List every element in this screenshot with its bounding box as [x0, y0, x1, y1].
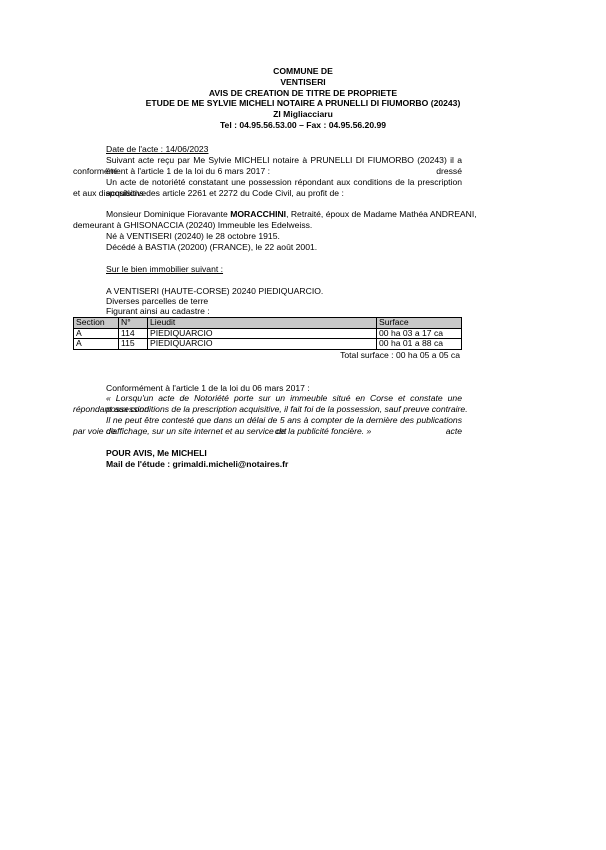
signature-email: Mail de l'étude : grimaldi.micheli@notai… [73, 459, 462, 470]
beneficiaire-surname: MORACCHINI [230, 209, 286, 219]
cadastre-table-header: Section N° Lieudit Surface [74, 318, 462, 329]
beneficiaire-death: Décédé à BASTIA (20200) (FRANCE), le 22 … [73, 242, 462, 253]
col-surface: Surface [377, 318, 462, 329]
col-numero: N° [119, 318, 148, 329]
header-commune-label: COMMUNE DE [0, 66, 606, 77]
header-etude: ETUDE DE ME SYLVIE MICHELI NOTAIRE A PRU… [0, 98, 606, 109]
bien-location: A VENTISERI (HAUTE-CORSE) 20240 PIEDIQUA… [73, 286, 462, 297]
acte-paragraph-2b: et aux dispositions des article 2261 et … [73, 188, 462, 199]
document-header: COMMUNE DE VENTISERI AVIS DE CREATION DE… [0, 66, 606, 131]
loi-intro: Conformément à l'article 1 de la loi du … [73, 383, 462, 394]
header-contact: Tel : 04.95.56.53.00 – Fax : 04.95.56.20… [0, 120, 606, 131]
loi-quote-2a: Il ne peut être contesté que dans un dél… [73, 415, 462, 426]
acte-date: Date de l'acte : 14/06/2023 [73, 144, 462, 155]
header-commune-name: VENTISERI [0, 77, 606, 88]
total-surface: Total surface : 00 ha 05 a 05 ca [73, 350, 462, 361]
acte-paragraph-1a: Suivant acte reçu par Me Sylvie MICHELI … [73, 155, 462, 166]
cadastre-intro: Figurant ainsi au cadastre : [73, 307, 462, 316]
table-row: A 115 PIEDIQUARCIO 00 ha 01 a 88 ca [74, 339, 462, 350]
beneficiaire-address: demeurant à GHISONACCIA (20240) Immeuble… [73, 220, 462, 231]
beneficiaire-name-line: Monsieur Dominique Fioravante MORACCHINI… [73, 209, 462, 220]
col-lieudit: Lieudit [148, 318, 377, 329]
document-body: Date de l'acte : 14/06/2023 Suivant acte… [73, 144, 462, 470]
col-section: Section [74, 318, 119, 329]
document-page: COMMUNE DE VENTISERI AVIS DE CREATION DE… [0, 0, 606, 850]
loi-quote-1a: « Lorsqu'un acte de Notoriété porte sur … [73, 393, 462, 404]
cadastre-table: Section N° Lieudit Surface A 114 PIEDIQU… [73, 317, 462, 350]
header-title: AVIS DE CREATION DE TITRE DE PROPRIETE [0, 88, 606, 99]
table-row: A 114 PIEDIQUARCIO 00 ha 03 a 17 ca [74, 328, 462, 339]
header-address: ZI Migliacciaru [0, 109, 606, 120]
signature-pour-avis: POUR AVIS, Me MICHELI [73, 448, 462, 459]
loi-quote-1b: répondant aux conditions de la prescript… [73, 404, 462, 415]
bien-heading: Sur le bien immobilier suivant : [73, 264, 462, 275]
beneficiaire-birth: Né à VENTISERI (20240) le 28 octobre 191… [73, 231, 462, 242]
acte-paragraph-2a: Un acte de notoriété constatant une poss… [73, 177, 462, 188]
